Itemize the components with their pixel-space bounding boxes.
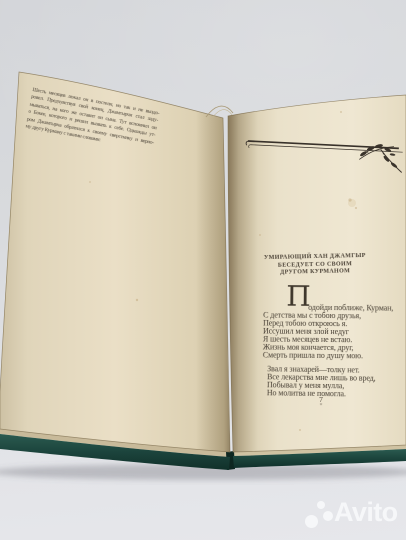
poem-title: УМИРАЮЩИЙ ХАН ДЖАМГЫР БЕСЕДУЕТ СО СВОИМ … <box>250 253 380 279</box>
poem-line: Смерть пришла по душу мою. <box>263 351 393 360</box>
book-photo: Шесть месяцев лежал он в постели, но так… <box>0 0 406 540</box>
avito-logo-icon <box>317 501 325 509</box>
avito-wordmark: Avito <box>334 497 398 528</box>
gutter-shadow <box>196 95 258 452</box>
avito-logo-icon <box>305 515 318 528</box>
drop-cap: П <box>286 283 311 311</box>
avito-watermark: Avito <box>298 496 406 536</box>
poem-stanza-2: Звал я знахарей—толку нет. Все лекарства… <box>267 365 376 399</box>
poem-stanza-1: П одойди поближе, Курман, С детства мы с… <box>263 303 394 360</box>
signature-mark: * <box>312 403 330 409</box>
avito-logo-icon <box>323 511 333 521</box>
